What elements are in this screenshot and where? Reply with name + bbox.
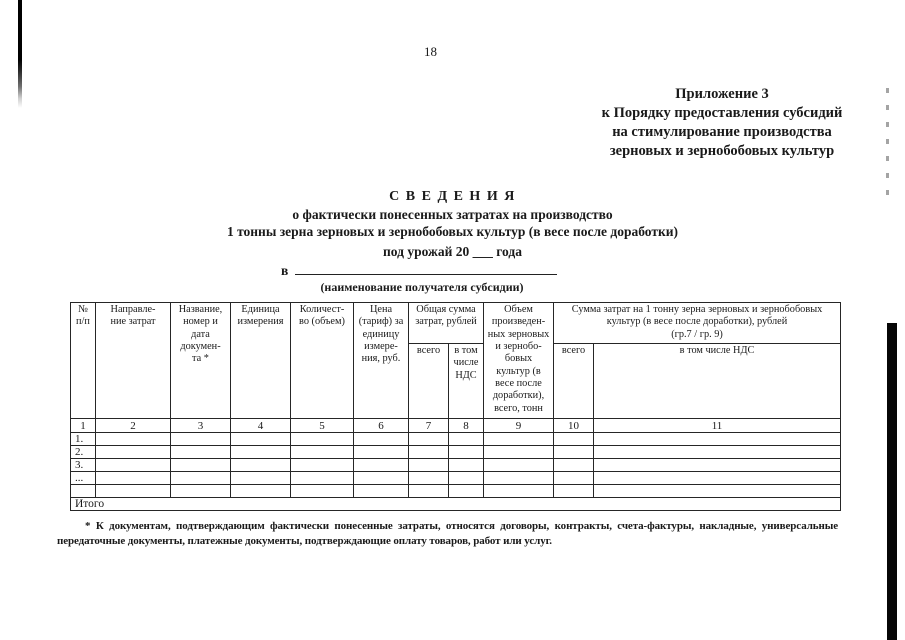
table-row-ellipsis: ... [71,472,841,485]
table-row-3: 3. [71,459,841,472]
empty-cell [484,446,554,459]
page-number: 18 [424,44,437,60]
empty-cell [96,459,171,472]
empty-cell [449,446,484,459]
empty-cell [449,485,484,498]
title-heading: С В Е Д Е Н И Я [0,188,905,205]
empty-cell [291,485,354,498]
recipient-caption: (наименование получателя субсидии) [297,280,547,295]
empty-cell [554,485,594,498]
column-number: 1 [71,419,96,433]
empty-cell [291,459,354,472]
header-col11-incl-vat: в том числе НДС [594,344,841,419]
column-number: 11 [594,419,841,433]
row-label [71,485,96,498]
empty-cell [354,446,409,459]
empty-cell [354,459,409,472]
title-harvest-year-line: под урожай 20 ___ года [0,243,905,260]
empty-cell [409,446,449,459]
empty-cell [231,472,291,485]
empty-cell [484,433,554,446]
appendix-block: Приложение 3 к Порядку предоставления су… [561,85,883,161]
empty-cell [171,446,231,459]
empty-cell [594,459,841,472]
column-number: 2 [96,419,171,433]
footnote-line-1: * К документам, подтверждающим фактическ… [57,519,838,534]
title-subtitle-2: 1 тонны зерна зерновых и зернобобовых ку… [0,223,905,240]
appendix-line-4: зерновых и зернобобовых культур [561,142,883,161]
row-label: 1. [71,433,96,446]
header-group-cost-per-tonne: Сумма затрат на 1 тонну зерна зерновых и… [554,303,841,344]
empty-cell [354,433,409,446]
column-number: 5 [291,419,354,433]
empty-cell [484,485,554,498]
appendix-line-1: Приложение 3 [561,85,883,104]
empty-cell [554,472,594,485]
column-number: 4 [231,419,291,433]
empty-cell [171,433,231,446]
header-col10-total: всего [554,344,594,419]
appendix-line-2: к Порядку предоставления субсидий [561,104,883,123]
empty-cell [409,433,449,446]
empty-cell [291,446,354,459]
header-col1-number: № п/п [71,303,96,419]
empty-cell [594,485,841,498]
empty-cell [449,472,484,485]
empty-cell [594,472,841,485]
empty-cell [231,459,291,472]
empty-cell [554,446,594,459]
header-col9-volume-produced: Объем произведен- ных зерновых и зернобо… [484,303,554,419]
empty-cell [96,485,171,498]
empty-cell [96,472,171,485]
recipient-prefix: в [281,263,288,278]
scanned-document-page: 18 Приложение 3 к Порядку предоставления… [0,0,905,640]
header-col2-cost-direction: Направле- ние затрат [96,303,171,419]
empty-cell [554,459,594,472]
empty-cell [171,459,231,472]
recipient-blank-line [295,262,557,275]
column-number: 6 [354,419,409,433]
empty-cell [409,485,449,498]
empty-cell [171,485,231,498]
table-row-2: 2. [71,446,841,459]
scan-binding-mark-left [18,0,22,108]
document-title-block: С В Е Д Е Н И Я о фактически понесенных … [0,188,905,260]
title-subtitle-1: о фактически понесенных затратах на прои… [0,206,905,223]
column-number: 9 [484,419,554,433]
empty-cell [354,472,409,485]
scan-binding-bar-right [887,323,897,640]
empty-cell [231,485,291,498]
empty-cell [484,472,554,485]
column-number: 7 [409,419,449,433]
empty-cell [409,459,449,472]
header-col7-total: всего [409,344,449,419]
header-group-total-costs: Общая сумма затрат, рублей [409,303,484,344]
footnote: * К документам, подтверждающим фактическ… [57,519,838,548]
header-col8-incl-vat: в том числе НДС [449,344,484,419]
column-number: 10 [554,419,594,433]
empty-cell [231,446,291,459]
empty-cell [291,433,354,446]
row-label: 2. [71,446,96,459]
row-label: 3. [71,459,96,472]
column-number-row: 1 2 3 4 5 6 7 8 9 10 11 [71,419,841,433]
footnote-line-2: передаточные документы, платежные докуме… [57,534,838,549]
empty-cell [354,485,409,498]
column-number: 8 [449,419,484,433]
empty-cell [594,446,841,459]
table-row-1: 1. [71,433,841,446]
empty-cell [231,433,291,446]
empty-cell [554,433,594,446]
header-col6-price: Цена (тариф) за единицу измере- ния, руб… [354,303,409,419]
empty-cell [594,433,841,446]
header-col3-document: Название, номер и дата докумен- та * [171,303,231,419]
header-col5-quantity: Количест- во (объем) [291,303,354,419]
row-label: ... [71,472,96,485]
empty-cell [449,433,484,446]
header-col4-unit: Единица измерения [231,303,291,419]
total-label: Итого [71,498,841,511]
empty-cell [96,433,171,446]
empty-cell [171,472,231,485]
empty-cell [409,472,449,485]
empty-cell [291,472,354,485]
costs-table: № п/п Направле- ние затрат Название, ном… [70,302,841,511]
table-row-blank [71,485,841,498]
column-number: 3 [171,419,231,433]
empty-cell [96,446,171,459]
empty-cell [449,459,484,472]
total-row: Итого [71,498,841,511]
recipient-line: в [281,262,557,279]
empty-cell [484,459,554,472]
appendix-line-3: на стимулирование производства [561,123,883,142]
